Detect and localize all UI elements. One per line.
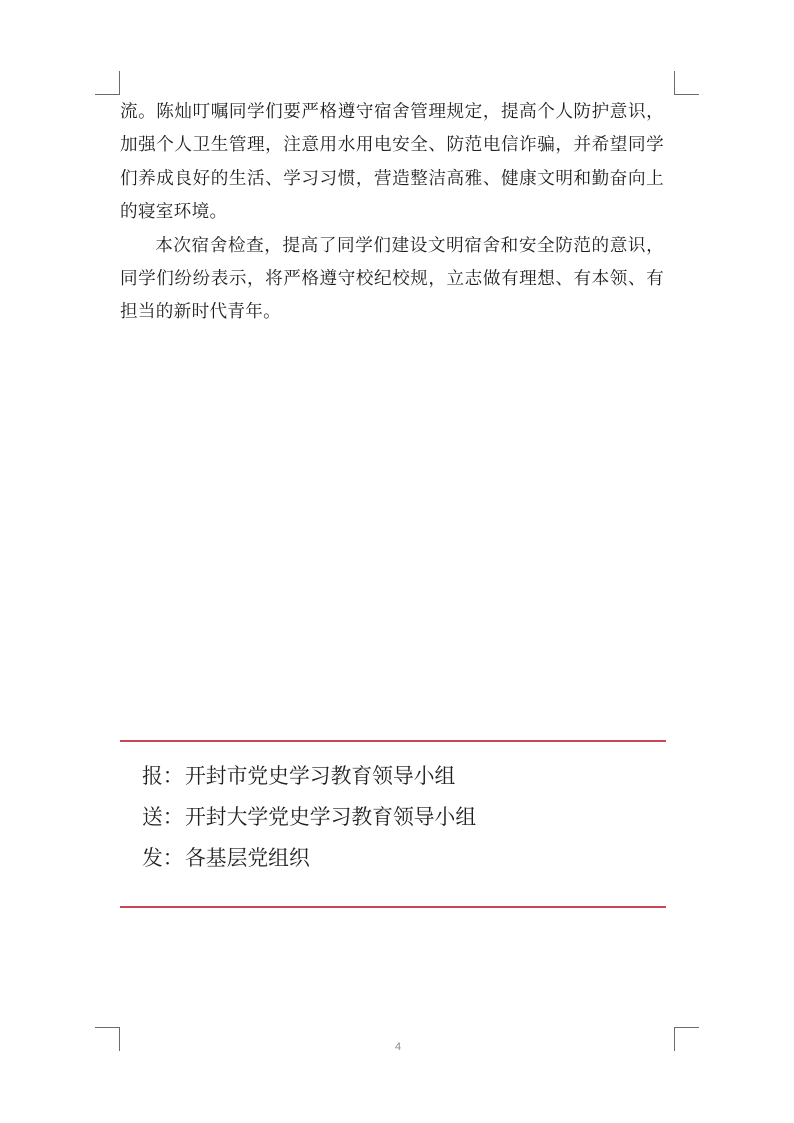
distribution-value: 开封市党史学习教育领导小组 <box>185 756 455 797</box>
document-page: 流。陈灿叮嘱同学们要严格遵守宿舍管理规定，提高个人防护意识，加强个人卫生管理，注… <box>0 0 794 1123</box>
distribution-label: 发： <box>142 838 185 879</box>
distribution-row-send: 送： 开封大学党史学习教育领导小组 <box>142 797 476 838</box>
corner-crop-mark-bottom-right <box>674 1027 699 1051</box>
corner-crop-mark-top-left <box>95 71 120 95</box>
page-number: 4 <box>390 1041 406 1053</box>
corner-crop-mark-bottom-left <box>95 1027 120 1051</box>
distribution-list: 报： 开封市党史学习教育领导小组 送： 开封大学党史学习教育领导小组 发： 各基… <box>142 756 476 879</box>
distribution-label: 送： <box>142 797 185 838</box>
distribution-value: 开封大学党史学习教育领导小组 <box>185 797 476 838</box>
distribution-value: 各基层党组织 <box>185 838 310 879</box>
body-text: 流。陈灿叮嘱同学们要严格遵守宿舍管理规定，提高个人防护意识，加强个人卫生管理，注… <box>120 96 664 330</box>
paragraph-continuation: 流。陈灿叮嘱同学们要严格遵守宿舍管理规定，提高个人防护意识，加强个人卫生管理，注… <box>120 96 664 230</box>
distribution-bottom-rule <box>120 906 666 908</box>
distribution-label: 报： <box>142 756 185 797</box>
distribution-top-rule <box>120 740 666 742</box>
corner-crop-mark-top-right <box>674 71 699 95</box>
paragraph-conclusion: 本次宿舍检查，提高了同学们建设文明宿舍和安全防范的意识，同学们纷纷表示，将严格遵… <box>120 230 664 330</box>
distribution-row-issue: 发： 各基层党组织 <box>142 838 476 879</box>
distribution-row-report: 报： 开封市党史学习教育领导小组 <box>142 756 476 797</box>
